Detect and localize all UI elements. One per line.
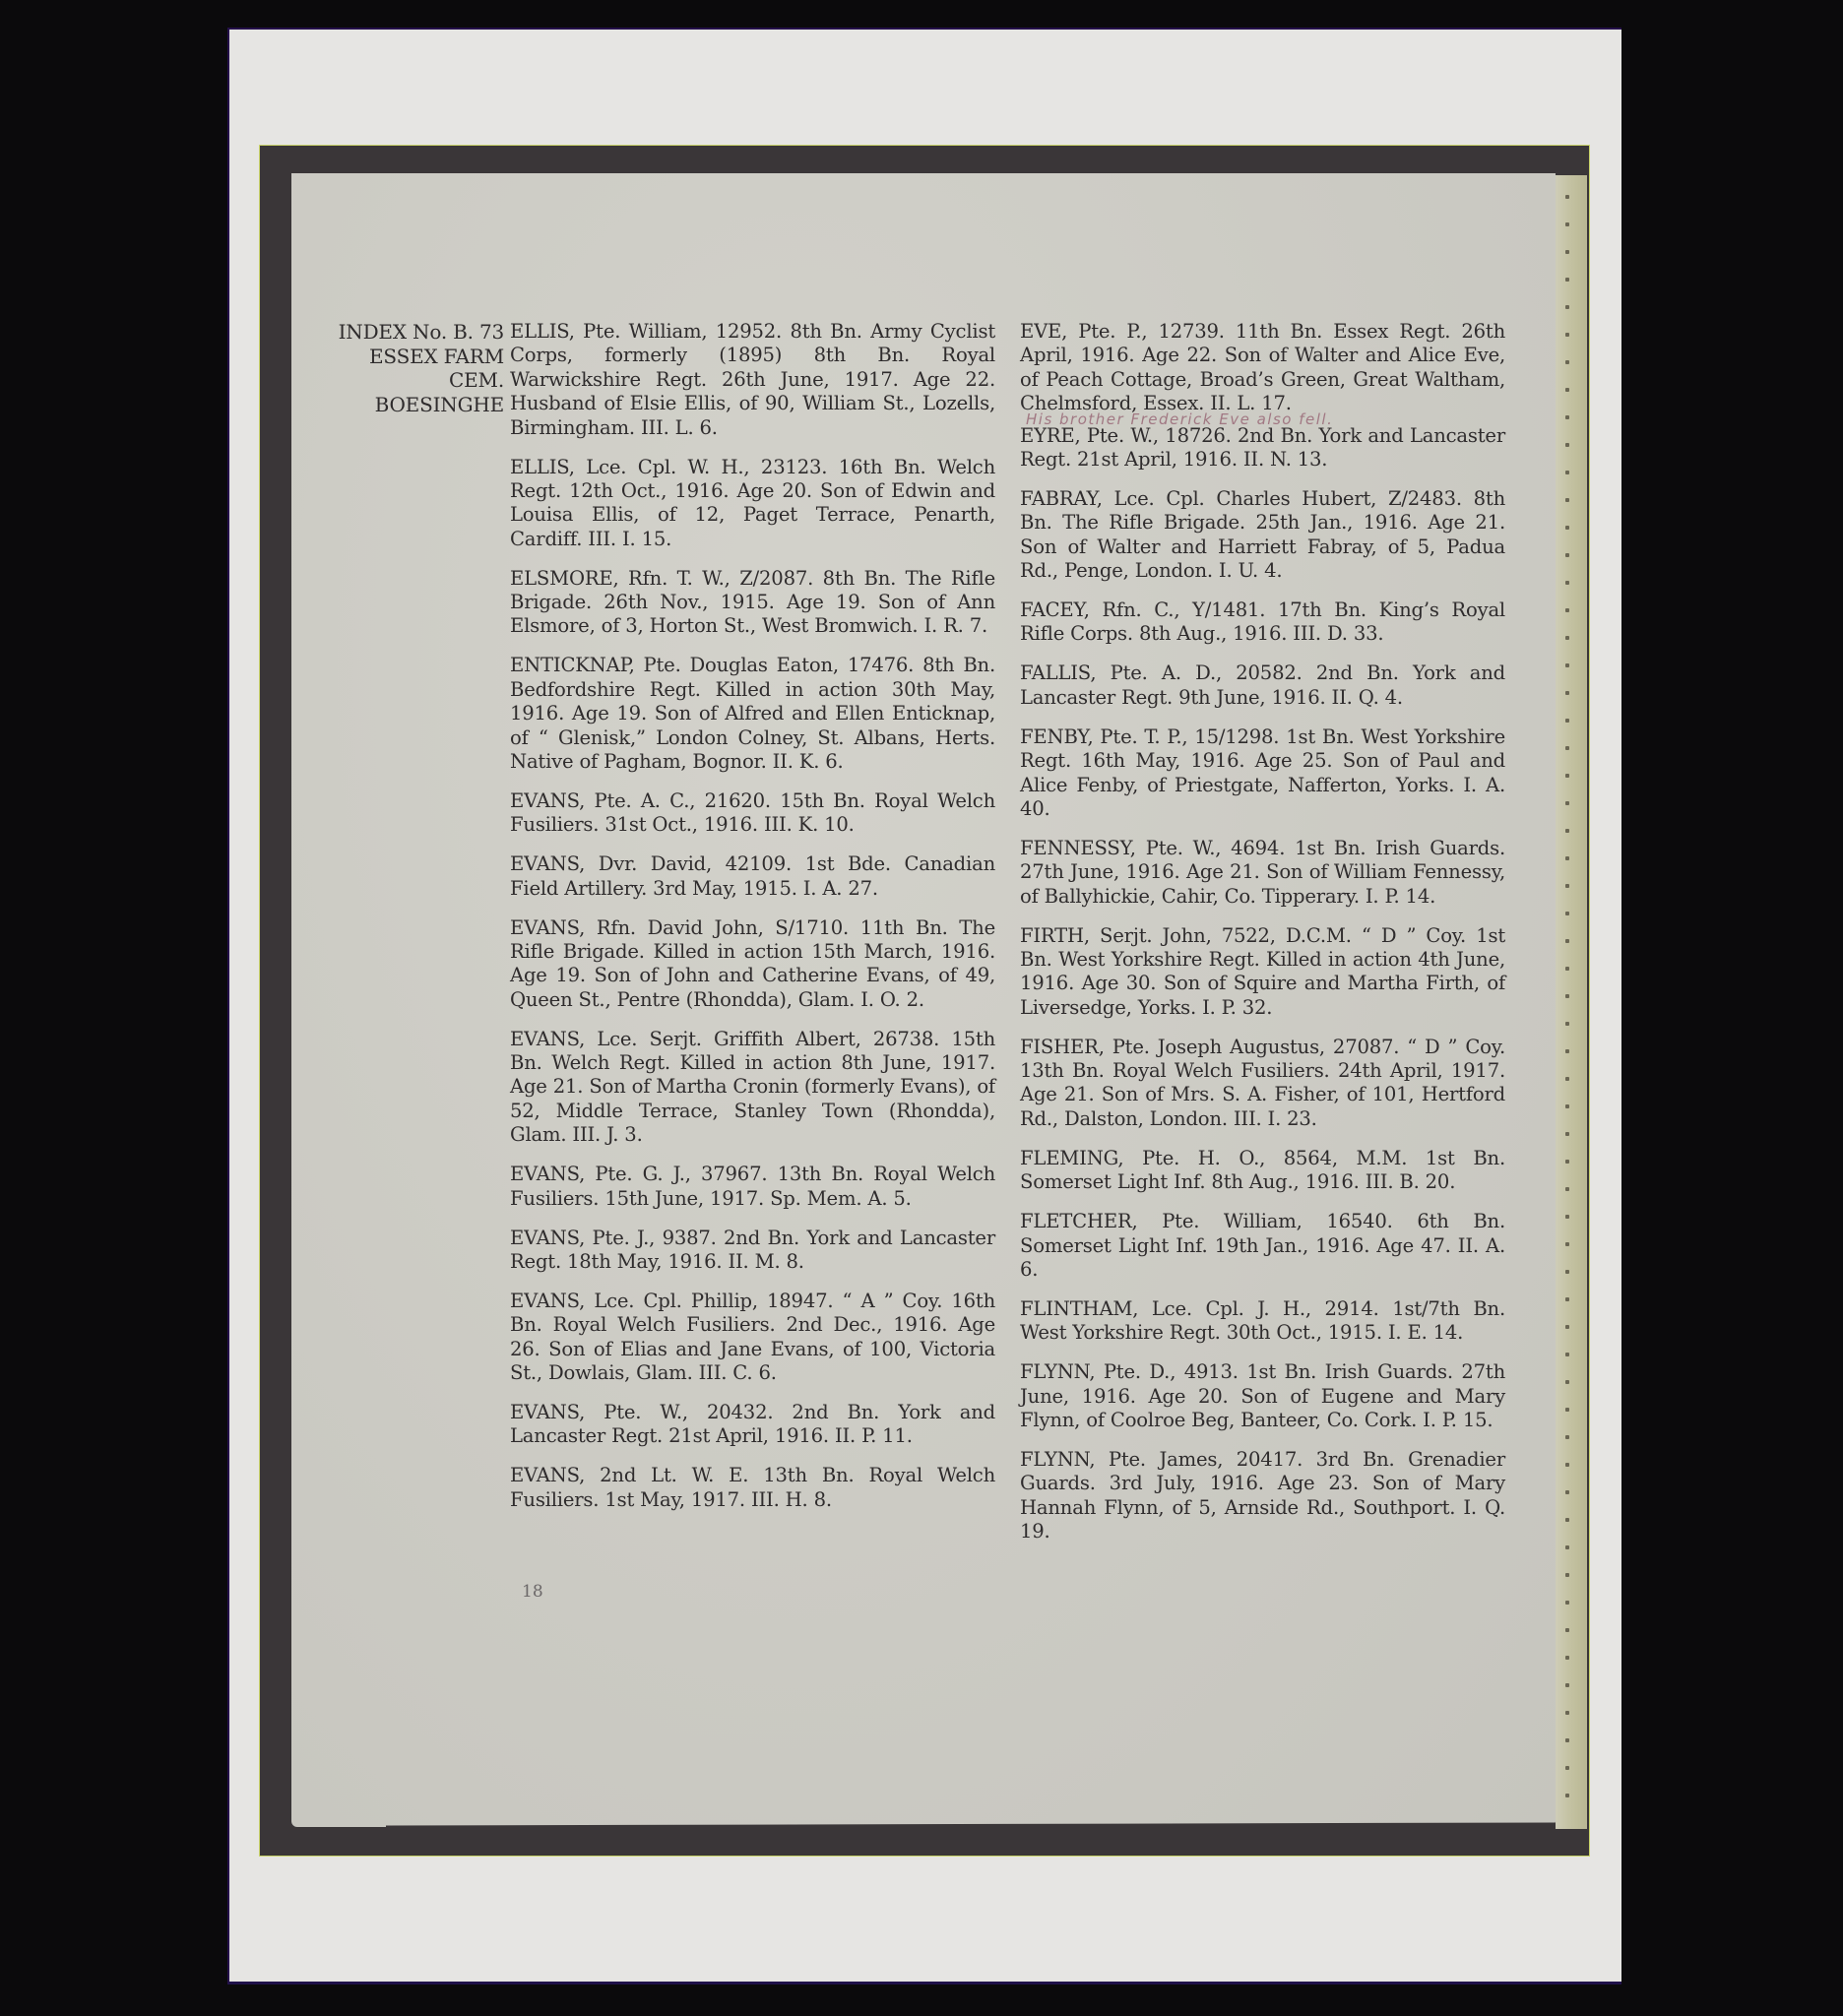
edge-stitch-mark xyxy=(1565,1270,1569,1274)
register-entry: EVANS, Rfn. David John, S/1710. 11th Bn.… xyxy=(510,916,995,1013)
edge-stitch-mark xyxy=(1565,553,1569,557)
register-entry: FIRTH, Serjt. John, 7522, D.C.M. “ D ” C… xyxy=(1020,924,1505,1021)
edge-stitch-mark xyxy=(1565,636,1569,640)
register-entry: ELLIS, Pte. William, 12952. 8th Bn. Army… xyxy=(510,320,995,440)
edge-stitch-mark xyxy=(1565,746,1569,750)
edge-stitch-mark xyxy=(1565,691,1569,695)
register-entry: EVANS, 2nd Lt. W. E. 13th Bn. Royal Welc… xyxy=(510,1464,995,1512)
register-entry: FLYNN, Pte. James, 20417. 3rd Bn. Grenad… xyxy=(1020,1448,1505,1544)
edge-stitch-mark xyxy=(1565,967,1569,971)
edge-stitch-mark xyxy=(1565,1325,1569,1329)
edge-stitch-mark xyxy=(1565,856,1569,860)
right-column-entries: EVE, Pte. P., 12739. 11th Bn. Essex Regt… xyxy=(1020,320,1505,1559)
register-entry: ENTICKNAP, Pte. Douglas Eaton, 17476. 8t… xyxy=(510,654,995,774)
edge-stitch-mark xyxy=(1565,443,1569,447)
edge-stitch-mark xyxy=(1565,250,1569,254)
edge-stitch-mark xyxy=(1565,1656,1569,1660)
edge-stitch-mark xyxy=(1565,719,1569,723)
edge-stitch-mark xyxy=(1565,1160,1569,1164)
register-entry: FENBY, Pte. T. P., 15/1298. 1st Bn. West… xyxy=(1020,725,1505,822)
edge-stitch-mark xyxy=(1565,1408,1569,1412)
edge-stitch-mark xyxy=(1565,278,1569,282)
edge-stitch-mark xyxy=(1565,1215,1569,1219)
edge-stitch-mark xyxy=(1565,581,1569,585)
edge-stitch-mark xyxy=(1565,1463,1569,1467)
register-entry: ELLIS, Lce. Cpl. W. H., 23123. 16th Bn. … xyxy=(510,456,995,552)
left-column-entries: ELLIS, Pte. William, 12952. 8th Bn. Army… xyxy=(510,320,995,1528)
register-entry: EVANS, Pte. W., 20432. 2nd Bn. York and … xyxy=(510,1401,995,1449)
edge-stitch-mark xyxy=(1565,1545,1569,1549)
edge-stitch-mark xyxy=(1565,1297,1569,1301)
edge-stitch-mark xyxy=(1565,912,1569,915)
edge-stitch-mark xyxy=(1565,829,1569,833)
register-entry: EVANS, Pte. G. J., 37967. 13th Bn. Royal… xyxy=(510,1163,995,1211)
edge-stitch-mark xyxy=(1565,1518,1569,1522)
edge-stitch-mark xyxy=(1565,1711,1569,1715)
edge-stitch-mark xyxy=(1565,884,1569,888)
cemetery-location: BOESINGHE xyxy=(295,393,504,417)
page-edge-strip xyxy=(1556,175,1587,1829)
edge-stitch-mark xyxy=(1565,360,1569,364)
edge-stitch-mark xyxy=(1565,994,1569,998)
register-entry: FLYNN, Pte. D., 4913. 1st Bn. Irish Guar… xyxy=(1020,1360,1505,1432)
register-entry: FABRAY, Lce. Cpl. Charles Hubert, Z/2483… xyxy=(1020,487,1505,584)
edge-stitch-mark xyxy=(1565,939,1569,943)
edge-stitch-mark xyxy=(1565,1049,1569,1053)
cemetery-abbrev: CEM. xyxy=(295,368,504,393)
edge-stitch-mark xyxy=(1565,1132,1569,1136)
edge-stitch-mark xyxy=(1565,526,1569,530)
edge-stitch-mark xyxy=(1565,1738,1569,1742)
edge-stitch-mark xyxy=(1565,222,1569,226)
edge-stitch-mark xyxy=(1565,1573,1569,1577)
register-entry: FISHER, Pte. Joseph Augustus, 27087. “ D… xyxy=(1020,1036,1505,1132)
page-number: 18 xyxy=(522,1582,543,1602)
edge-stitch-mark xyxy=(1565,1380,1569,1384)
handwritten-annotation: His brother Frederick Eve also fell. xyxy=(1026,412,1505,426)
register-entry: EVANS, Lce. Cpl. Phillip, 18947. “ A ” C… xyxy=(510,1290,995,1386)
edge-stitch-mark xyxy=(1565,1766,1569,1770)
edge-stitch-mark xyxy=(1565,1794,1569,1797)
edge-stitch-mark xyxy=(1565,305,1569,309)
edge-stitch-mark xyxy=(1565,1077,1569,1081)
edge-stitch-mark xyxy=(1565,415,1569,419)
edge-stitch-mark xyxy=(1565,1187,1569,1191)
register-entry: EVANS, Lce. Serjt. Griffith Albert, 2673… xyxy=(510,1028,995,1148)
edge-stitch-mark xyxy=(1565,388,1569,392)
register-entry: EVANS, Pte. A. C., 21620. 15th Bn. Royal… xyxy=(510,789,995,838)
edge-stitch-mark xyxy=(1565,1242,1569,1246)
edge-stitch-mark xyxy=(1565,663,1569,667)
register-entry: EVE, Pte. P., 12739. 11th Bn. Essex Regt… xyxy=(1020,320,1505,416)
edge-stitch-mark xyxy=(1565,333,1569,337)
edge-stitch-mark xyxy=(1565,801,1569,805)
edge-stitch-mark xyxy=(1565,1490,1569,1494)
register-entry: FLEMING, Pte. H. O., 8564, M.M. 1st Bn. … xyxy=(1020,1147,1505,1195)
register-entry: EVANS, Pte. J., 9387. 2nd Bn. York and L… xyxy=(510,1227,995,1275)
edge-stitch-mark xyxy=(1565,471,1569,474)
register-entry: FACEY, Rfn. C., Y/1481. 17th Bn. King’s … xyxy=(1020,598,1505,647)
edge-stitch-mark xyxy=(1565,774,1569,778)
edge-stitch-mark xyxy=(1565,498,1569,502)
edge-stitch-mark xyxy=(1565,1353,1569,1356)
edge-stitch-mark xyxy=(1565,195,1569,199)
edge-stitch-mark xyxy=(1565,1683,1569,1687)
edge-stitch-mark xyxy=(1565,1628,1569,1632)
register-entry: FLINTHAM, Lce. Cpl. J. H., 2914. 1st/7th… xyxy=(1020,1297,1505,1346)
edge-stitch-mark xyxy=(1565,1104,1569,1108)
register-entry: ELSMORE, Rfn. T. W., Z/2087. 8th Bn. The… xyxy=(510,567,995,639)
register-entry: FALLIS, Pte. A. D., 20582. 2nd Bn. York … xyxy=(1020,661,1505,710)
cemetery-name: ESSEX FARM xyxy=(295,345,504,369)
register-entry: FLETCHER, Pte. William, 16540. 6th Bn. S… xyxy=(1020,1210,1505,1282)
edge-stitch-mark xyxy=(1565,1435,1569,1439)
register-entry: EYRE, Pte. W., 18726. 2nd Bn. York and L… xyxy=(1020,424,1505,472)
edge-stitch-mark xyxy=(1565,1601,1569,1605)
edge-stitch-mark xyxy=(1565,608,1569,612)
cemetery-index-block: INDEX No. B. 73 ESSEX FARM CEM. BOESINGH… xyxy=(295,320,504,416)
edge-stitch-mark xyxy=(1565,1022,1569,1026)
register-entry: FENNESSY, Pte. W., 4694. 1st Bn. Irish G… xyxy=(1020,837,1505,909)
register-entry: EVANS, Dvr. David, 42109. 1st Bde. Canad… xyxy=(510,852,995,901)
index-number: INDEX No. B. 73 xyxy=(295,320,504,345)
